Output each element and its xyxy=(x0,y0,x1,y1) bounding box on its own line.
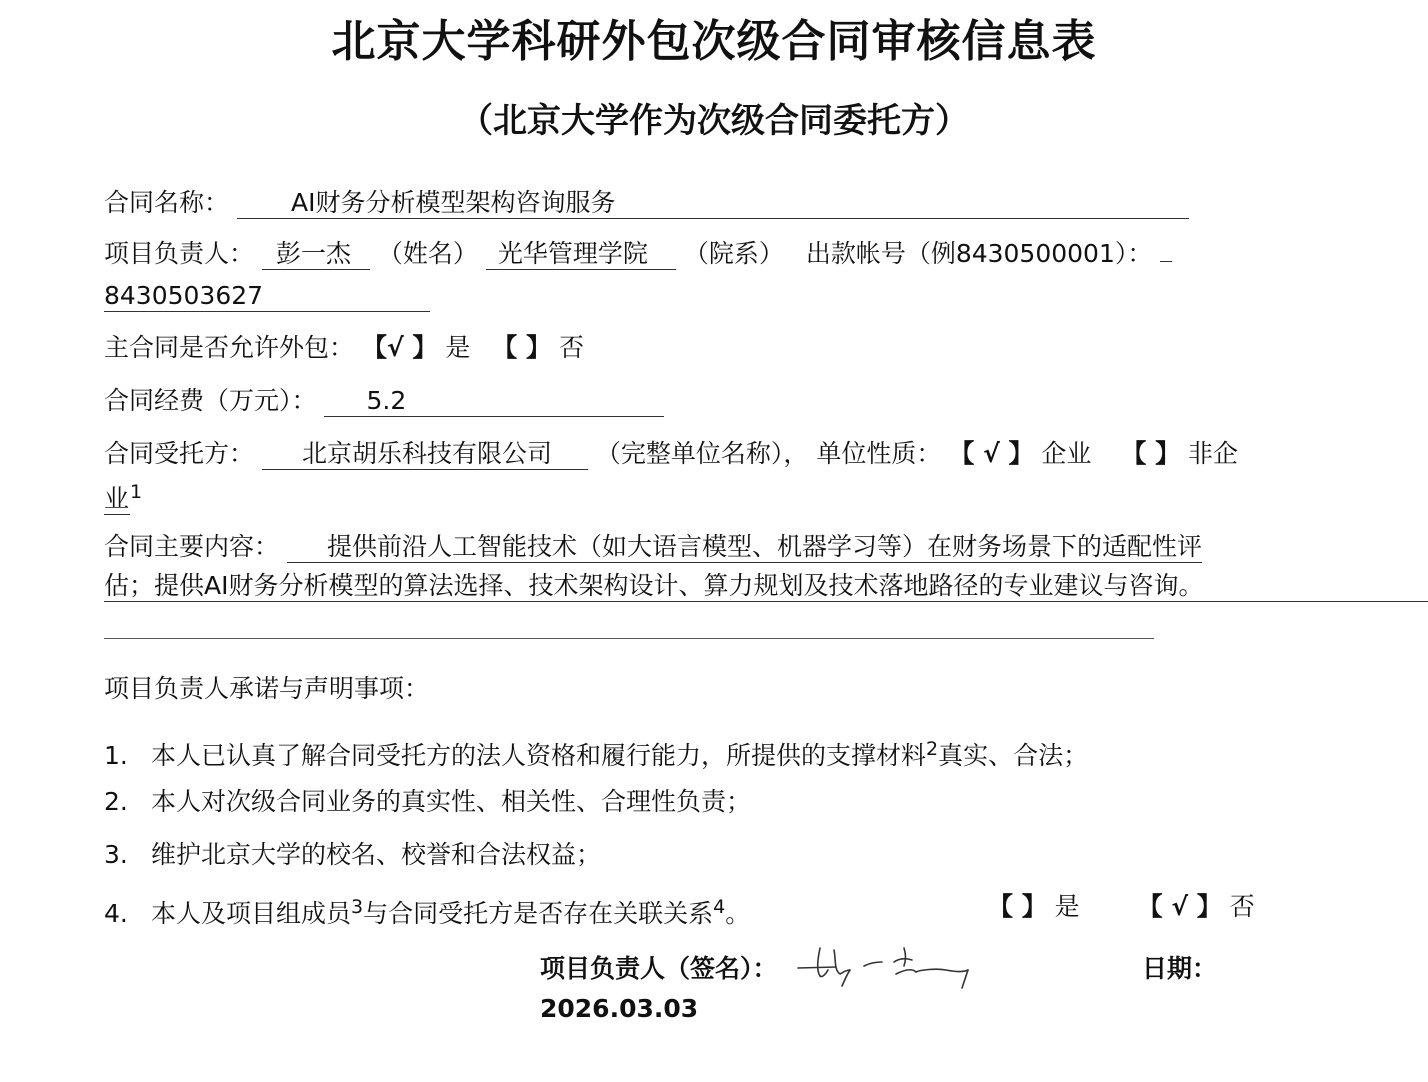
date-label: 日期： xyxy=(1142,952,1217,986)
declaration-text-cont: 与合同受托方是否存在关联关系 xyxy=(363,899,713,928)
contract-name-label: 合同名称： xyxy=(104,188,229,217)
declaration-num: 3. xyxy=(104,838,151,872)
handwritten-signature xyxy=(796,940,976,992)
contract-content-row: 合同主要内容： 提供前沿人工智能技术（如大语言模型、机器学习等）在财务场景下的适… xyxy=(104,530,1202,564)
declarations-heading: 项目负责人承诺与声明事项： xyxy=(104,672,429,706)
declaration-text: 本人对次级合同业务的真实性、相关性、合理性负责； xyxy=(151,787,751,816)
contractor-row: 合同受托方： 北京胡乐科技有限公司 （完整单位名称）， 单位性质： 【 √ 】 … xyxy=(104,437,1238,471)
contract-content-line2: 估；提供AI财务分析模型的算法选择、技术架构设计、算力规划及技术落地路径的专业建… xyxy=(104,571,1203,600)
contractor-label: 合同受托方： xyxy=(104,439,254,468)
footnote-2[interactable]: 2 xyxy=(926,738,938,760)
contract-content-row-2: 估；提供AI财务分析模型的算法选择、技术架构设计、算力规划及技术落地路径的专业建… xyxy=(104,569,1428,603)
footnote-1[interactable]: 1 xyxy=(130,481,142,503)
related-yes-label: 是 xyxy=(1055,892,1080,921)
signature-label: 项目负责人（签名）： xyxy=(540,952,778,986)
account-field-start xyxy=(1160,261,1172,262)
contractor-field[interactable]: 北京胡乐科技有限公司 xyxy=(262,439,588,470)
footnote-3[interactable]: 3 xyxy=(351,896,363,918)
declaration-text: 本人已认真了解合同受托方的法人资格和履行能力，所提供的支撑材料 xyxy=(151,741,926,770)
declaration-text: 维护北京大学的校名、校誉和合法权益； xyxy=(151,840,601,869)
page-subtitle: （北京大学作为次级合同委托方） xyxy=(0,98,1428,144)
contract-content-field-2[interactable]: 估；提供AI财务分析模型的算法选择、技术架构设计、算力规划及技术落地路径的专业建… xyxy=(104,571,1428,602)
declaration-text-end: 。 xyxy=(725,899,750,928)
outsourcing-no-label: 否 xyxy=(559,333,584,362)
outsourcing-yes-label: 是 xyxy=(445,333,470,362)
declaration-num: 2. xyxy=(104,785,151,819)
declaration-item-4: 4.本人及项目组成员3与合同受托方是否存在关联关系4。 xyxy=(104,890,750,931)
department-hint: （院系） xyxy=(684,239,784,268)
leader-name-hint: （姓名） xyxy=(378,239,478,268)
contractor-row-cont: 业1 xyxy=(104,475,142,516)
leader-name-field[interactable]: 彭一杰 xyxy=(262,239,370,270)
declaration-item-3: 3.维护北京大学的校名、校誉和合法权益； xyxy=(104,838,601,872)
footnote-4[interactable]: 4 xyxy=(713,896,725,918)
contract-name-value: AI财务分析模型架构咨询服务 xyxy=(291,188,615,217)
contract-content-field[interactable]: 提供前沿人工智能技术（如大语言模型、机器学习等）在财务场景下的适配性评 xyxy=(287,532,1202,563)
outsourcing-row: 主合同是否允许外包： 【√ 】 是 【 】 否 xyxy=(104,331,584,365)
declaration-text: 本人及项目组成员 xyxy=(151,899,351,928)
account-label: 出款帐号（例8430500001）： xyxy=(806,239,1153,268)
declaration-item-1: 1.本人已认真了解合同受托方的法人资格和履行能力，所提供的支撑材料2真实、合法； xyxy=(104,732,1088,773)
project-leader-label: 项目负责人： xyxy=(104,239,254,268)
page-title: 北京大学科研外包次级合同审核信息表 xyxy=(0,14,1428,70)
enterprise-checkbox[interactable]: 【 √ 】 xyxy=(949,439,1033,468)
declaration-item-2: 2.本人对次级合同业务的真实性、相关性、合理性负责； xyxy=(104,785,751,819)
declaration-num: 4. xyxy=(104,897,151,931)
contract-content-line1: 提供前沿人工智能技术（如大语言模型、机器学习等）在财务场景下的适配性评 xyxy=(327,532,1202,561)
content-blank-line xyxy=(104,638,1154,639)
unit-nature-label: 单位性质： xyxy=(816,439,941,468)
non-enterprise-label-cont: 业 xyxy=(104,484,130,515)
department-field[interactable]: 光华管理学院 xyxy=(486,239,676,270)
related-no-label: 否 xyxy=(1230,892,1255,921)
contract-name-field[interactable]: AI财务分析模型架构咨询服务 xyxy=(237,188,1189,219)
contract-name-row: 合同名称： AI财务分析模型架构咨询服务 xyxy=(104,186,1189,220)
contractor-value: 北京胡乐科技有限公司 xyxy=(302,439,552,468)
non-enterprise-checkbox[interactable]: 【 】 xyxy=(1121,439,1180,468)
contractor-hint: （完整单位名称）， xyxy=(596,439,809,468)
non-enterprise-label: 非企 xyxy=(1188,439,1238,468)
contract-fund-label: 合同经费（万元）： xyxy=(104,386,317,415)
contract-fund-row: 合同经费（万元）： 5.2 xyxy=(104,384,664,418)
department-value: 光华管理学院 xyxy=(498,239,648,268)
declaration-text-cont: 真实、合法； xyxy=(938,741,1088,770)
outsourcing-label: 主合同是否允许外包： xyxy=(104,333,354,362)
related-yes-checkbox[interactable]: 【 】 xyxy=(988,892,1047,921)
account-row: 8430503627 xyxy=(104,279,430,313)
signature-image xyxy=(796,940,976,992)
contract-fund-value: 5.2 xyxy=(366,386,406,415)
contract-fund-field[interactable]: 5.2 xyxy=(324,386,664,417)
declaration-num: 1. xyxy=(104,739,151,773)
related-no-checkbox[interactable]: 【 √ 】 xyxy=(1138,892,1222,921)
account-value: 8430503627 xyxy=(104,281,263,310)
account-field[interactable]: 8430503627 xyxy=(104,281,430,312)
outsourcing-no-checkbox[interactable]: 【 】 xyxy=(492,333,551,362)
project-leader-row: 项目负责人： 彭一杰 （姓名） 光华管理学院 （院系） 出款帐号（例843050… xyxy=(104,237,1172,271)
date-value[interactable]: 2026.03.03 xyxy=(540,992,698,1026)
contract-content-label: 合同主要内容： xyxy=(104,532,279,561)
enterprise-label: 企业 xyxy=(1041,439,1091,468)
outsourcing-yes-checkbox[interactable]: 【√ 】 xyxy=(362,333,437,362)
related-party-options: 【 】 是 【 √ 】 否 xyxy=(988,890,1255,924)
leader-name-value: 彭一杰 xyxy=(276,239,351,268)
